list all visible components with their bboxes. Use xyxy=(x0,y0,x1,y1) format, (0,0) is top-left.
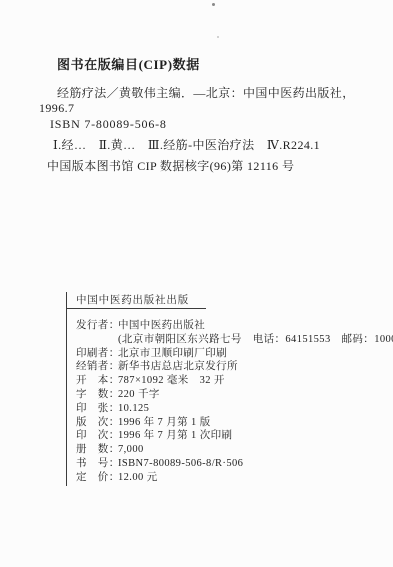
scan-speck xyxy=(217,36,219,38)
book-copyright-page: 图书在版编目(CIP)数据 经筋疗法／黄敬伟主编．—北京：中国中医药出版社， 1… xyxy=(0,0,393,567)
colophon-row-book-number: 书 号：ISBN7-80089-506-8/R·506 xyxy=(76,457,393,471)
colophon-value: 7,000 xyxy=(118,444,144,455)
colophon-value: 1996 年 7 月第 1 版 xyxy=(118,417,211,428)
colophon-row-sheets: 印 张：10.125 xyxy=(76,402,393,416)
colophon-value: 220 千字 xyxy=(118,389,160,400)
colophon-entries: 发行者：中国中医药出版社 (北京市朝阳区东兴路七号 电话：64151553 邮码… xyxy=(76,319,393,485)
colophon-vertical-rule xyxy=(66,292,67,486)
colophon-value: 中国中医药出版社 xyxy=(118,320,205,331)
colophon-label: 书 号： xyxy=(76,457,118,471)
colophon-row-edition: 版 次：1996 年 7 月第 1 版 xyxy=(76,416,393,430)
colophon-row-format: 开 本：787×1092 毫米 32 开 xyxy=(76,374,393,388)
colophon-label: 印刷者： xyxy=(76,347,118,361)
scan-speck xyxy=(212,3,215,6)
colophon-publisher-line: 中国中医药出版社出版 xyxy=(76,292,189,307)
colophon-label: 印 张： xyxy=(76,402,118,416)
colophon-value: ISBN7-80089-506-8/R·506 xyxy=(118,458,243,469)
colophon-row-price: 定 价：12.00 元 xyxy=(76,471,393,485)
colophon-label: 定 价： xyxy=(76,471,118,485)
colophon-row-address: (北京市朝阳区东兴路七号 电话：64151553 邮码：100027) xyxy=(76,333,393,347)
colophon-value: 12.00 元 xyxy=(118,472,158,483)
cip-heading: 图书在版编目(CIP)数据 xyxy=(57,54,200,73)
colophon-value: 新华书店总店北京发行所 xyxy=(118,361,238,372)
cip-record-number-line: 中国版本图书馆 CIP 数据核字(96)第 12116 号 xyxy=(47,157,294,174)
cip-classification-line: Ⅰ.经… Ⅱ.黄… Ⅲ.经筋-中医治疗法 Ⅳ.R224.1 xyxy=(53,136,320,153)
colophon-row-distributor: 发行者：中国中医药出版社 xyxy=(76,319,393,333)
colophon-label: 经销者： xyxy=(76,360,118,374)
colophon-label: 册 数： xyxy=(76,443,118,457)
colophon-value: 北京市卫顺印刷厂印刷 xyxy=(118,348,227,359)
cip-year-line: 1996.7 xyxy=(39,101,74,116)
colophon-horizontal-rule xyxy=(66,308,206,309)
colophon-label: 字 数： xyxy=(76,388,118,402)
colophon-row-printer: 印刷者：北京市卫顺印刷厂印刷 xyxy=(76,347,393,361)
colophon-value: (北京市朝阳区东兴路七号 电话：64151553 邮码：100027) xyxy=(118,334,393,345)
colophon-row-seller: 经销者：新华书店总店北京发行所 xyxy=(76,360,393,374)
colophon-row-copies: 册 数：7,000 xyxy=(76,443,393,457)
cip-book-line: 经筋疗法／黄敬伟主编．—北京：中国中医药出版社， xyxy=(57,84,355,101)
colophon-row-word-count: 字 数：220 千字 xyxy=(76,388,393,402)
colophon-label: 开 本： xyxy=(76,374,118,388)
cip-isbn-line: ISBN 7-80089-506-8 xyxy=(50,117,167,132)
colophon-value: 10.125 xyxy=(118,403,149,414)
colophon-value: 787×1092 毫米 32 开 xyxy=(118,375,225,386)
colophon-label: 印 次： xyxy=(76,429,118,443)
colophon-row-printing: 印 次：1996 年 7 月第 1 次印刷 xyxy=(76,429,393,443)
colophon-value: 1996 年 7 月第 1 次印刷 xyxy=(118,430,232,441)
colophon-label: 版 次： xyxy=(76,416,118,430)
colophon-label: 发行者： xyxy=(76,319,118,333)
